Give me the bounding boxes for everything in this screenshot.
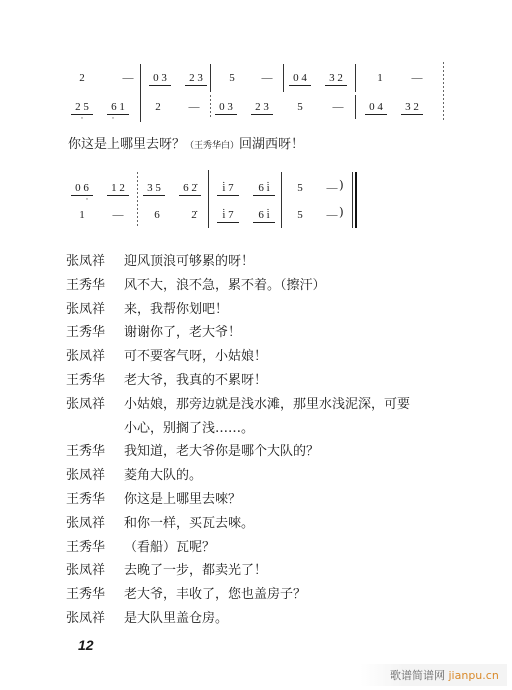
dialogue: 张凤祥迎风顶浪可够累的呀！ 王秀华风不大，浪不急，累不着。（擦汗） 张凤祥来，我… [66, 250, 466, 631]
dash: — [255, 68, 279, 88]
speaker [66, 417, 124, 441]
barline [283, 64, 284, 92]
speech: （看船）瓦呢？ [124, 536, 466, 560]
dash: — [326, 97, 350, 117]
note-group: 2 5· [68, 97, 96, 117]
speech: 小姑娘，那旁边就是浅水滩，那里水浅泥深，可要 [124, 393, 466, 417]
speaker: 王秀华 [66, 488, 124, 512]
lyric-text: 回湖西呀！ [239, 137, 304, 152]
barline [208, 170, 209, 228]
note: 1 [368, 68, 392, 88]
speaker: 王秀华 [66, 369, 124, 393]
dialogue-line: 张凤祥可不要客气呀，小姑娘！ [66, 345, 466, 369]
barline [355, 95, 356, 119]
dialogue-line: 王秀华风不大，浪不急，累不着。（擦汗） [66, 274, 466, 298]
repeat-bracket: ) [339, 178, 344, 192]
repeat-bracket: ) [339, 205, 344, 219]
note-group: 3 2 [322, 68, 350, 88]
speaker: 张凤祥 [66, 512, 124, 536]
speech: 是大队里盖仓房。 [124, 607, 466, 631]
note: 1 [70, 205, 94, 225]
watermark-cn: 歌谱简谱网 [390, 669, 445, 682]
speaker: 王秀华 [66, 321, 124, 345]
note-group: 6 2̇ [176, 178, 204, 198]
lyric-line: 你这是上哪里去呀？（王秀华白）回湖西呀！ [68, 133, 304, 152]
low-octave-dot: · [104, 115, 122, 121]
note: 5 [288, 97, 312, 117]
speech: 我知道，老大爷你是哪个大队的？ [124, 440, 466, 464]
dialogue-line: 王秀华老大爷，丰收了，您也盖房子？ [66, 583, 466, 607]
stage-direction: （王秀华白） [185, 141, 239, 151]
dash: — [106, 205, 130, 225]
note: 2̇ [182, 205, 206, 225]
speech: 你这是上哪里去唻？ [124, 488, 466, 512]
watermark-en: jianpu.cn [449, 669, 499, 682]
note-group: 0 4 [362, 97, 390, 117]
end-repeat-barline [352, 172, 353, 228]
note-group: 3 2 [398, 97, 426, 117]
dialogue-line: 王秀华老大爷，我真的不累呀！ [66, 369, 466, 393]
speaker: 张凤祥 [66, 250, 124, 274]
note-group: 0 4 [286, 68, 314, 88]
note-group: 0 6· [68, 178, 96, 198]
speaker: 张凤祥 [66, 345, 124, 369]
speaker: 王秀华 [66, 536, 124, 560]
page-number: 12 [78, 637, 94, 653]
note-group: 0 3 [146, 68, 174, 88]
low-octave-dot: · [68, 115, 96, 121]
note: 6 [145, 205, 169, 225]
lyric-text: 你这是上哪里去呀？ [68, 137, 185, 152]
speech: 去晚了一步，都卖光了！ [124, 559, 466, 583]
speech: 老大爷，丰收了，您也盖房子？ [124, 583, 466, 607]
dash: — [116, 68, 140, 88]
watermark: 歌谱简谱网 jianpu.cn [360, 664, 507, 686]
speech: 小心，别搁了浅……。 [124, 417, 466, 441]
note: 2 [70, 68, 94, 88]
speech: 谢谢你了，老大爷！ [124, 321, 466, 345]
barline [137, 172, 138, 228]
note: 5 [220, 68, 244, 88]
note: 2 [146, 97, 170, 117]
speaker: 张凤祥 [66, 464, 124, 488]
note-group: 6 1· [104, 97, 132, 117]
speech: 可不要客气呀，小姑娘！ [124, 345, 466, 369]
barline [210, 95, 211, 119]
barline [281, 172, 282, 228]
dialogue-line: 张凤祥去晚了一步，都卖光了！ [66, 559, 466, 583]
dash: — [405, 68, 429, 88]
note-group: i̇ 7 [214, 178, 242, 198]
speech: 和你一样，买瓦去唻。 [124, 512, 466, 536]
dialogue-line: 张凤祥和你一样，买瓦去唻。 [66, 512, 466, 536]
note-group: 3 5 [140, 178, 168, 198]
speaker: 张凤祥 [66, 298, 124, 322]
speech: 迎风顶浪可够累的呀！ [124, 250, 466, 274]
end-repeat-barline-thick [355, 172, 357, 228]
note-group: 2 3 [182, 68, 210, 88]
note-group: 1 2 [104, 178, 132, 198]
dialogue-line: 王秀华（看船）瓦呢？ [66, 536, 466, 560]
dialogue-line: 张凤祥菱角大队的。 [66, 464, 466, 488]
barline [355, 64, 356, 92]
speaker: 王秀华 [66, 583, 124, 607]
dialogue-line-continuation: 小心，别搁了浅……。 [66, 417, 466, 441]
speech: 老大爷，我真的不累呀！ [124, 369, 466, 393]
speaker: 张凤祥 [66, 607, 124, 631]
dialogue-line: 张凤祥迎风顶浪可够累的呀！ [66, 250, 466, 274]
dialogue-line: 张凤祥是大队里盖仓房。 [66, 607, 466, 631]
speaker: 王秀华 [66, 440, 124, 464]
low-octave-dot: · [78, 196, 96, 202]
dialogue-line: 张凤祥小姑娘，那旁边就是浅水滩，那里水浅泥深，可要 [66, 393, 466, 417]
note-group: 6 i̇ [250, 178, 278, 198]
speech: 风不大，浪不急，累不着。（擦汗） [124, 274, 466, 298]
dialogue-line: 王秀华谢谢你了，老大爷！ [66, 321, 466, 345]
speech: 菱角大队的。 [124, 464, 466, 488]
note: 5 [288, 178, 312, 198]
dash: — [182, 97, 206, 117]
note-group: 2 3 [248, 97, 276, 117]
speech: 来，我帮你划吧！ [124, 298, 466, 322]
dialogue-line: 王秀华你这是上哪里去唻？ [66, 488, 466, 512]
speaker: 张凤祥 [66, 559, 124, 583]
barline [140, 64, 141, 122]
note: 5 [288, 205, 312, 225]
note-group: 0 3 [212, 97, 240, 117]
speaker: 张凤祥 [66, 393, 124, 417]
dialogue-line: 张凤祥来，我帮你划吧！ [66, 298, 466, 322]
note-group: 6 i̇ [250, 205, 278, 225]
note-group: i̇ 7 [214, 205, 242, 225]
barline [210, 64, 211, 92]
dialogue-line: 王秀华我知道，老大爷你是哪个大队的？ [66, 440, 466, 464]
barline [443, 62, 444, 122]
speaker: 王秀华 [66, 274, 124, 298]
